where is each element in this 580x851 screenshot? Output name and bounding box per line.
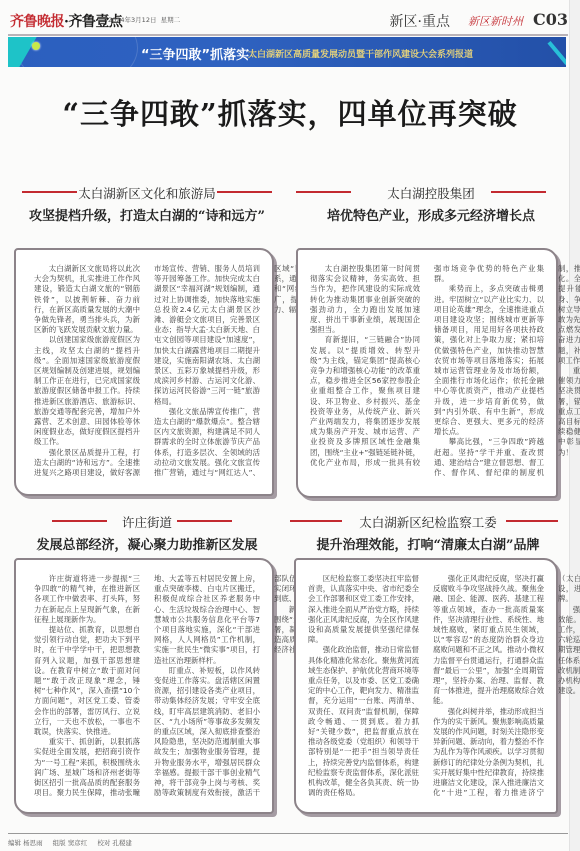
- paragraph: 强化正风肃纪反腐，坚决打赢反腐败斗争攻坚战持久战。聚焦金融、国企、能源、医药、基…: [433, 574, 544, 707]
- red-rule-left: [296, 191, 351, 193]
- section-name: 新区·重点: [390, 11, 450, 31]
- article-kicker: 许庄街道: [114, 513, 180, 531]
- article-kicker: 太白湖新区文化和旅游局: [70, 184, 224, 202]
- date-text: 2024年3月12日: [108, 16, 156, 24]
- page-credits: 编辑 杨思雨 组版 窦彦红 校对 孔稷建: [8, 838, 140, 847]
- red-rule-right: [177, 520, 232, 522]
- proofreader-credit: 校对 孔稷建: [97, 839, 132, 847]
- weekday-text: 星期二: [161, 16, 181, 24]
- footer-divider: [8, 833, 568, 834]
- section-signature: 新区新时州: [468, 13, 523, 29]
- paragraph: 重任在肩当笃行，信心在身催领力。太白湖控股集团将继续坚决贯彻党工委、管委会决策部…: [558, 366, 580, 458]
- paragraph: 强化政治监督，推动日常监督具体化精准化常态化。聚焦黄河流域生态保护、护航优化营商…: [308, 645, 419, 798]
- article-body: 太白湖新区文旅局将以此次大会为契机，扎实推进工作作风建设，锻造太白湖文旅的“钢筋…: [34, 264, 260, 482]
- article-subtitle: 提升治理效能，打响“清廉太白湖”品牌: [290, 534, 566, 553]
- paragraph: 提站位、抓教育，以思想自觉引领行动自觉，把功夫下到平时，在干中学学中干，把思想教…: [34, 625, 140, 737]
- paragraph: 许庄街道将进一步提振“三争四敢”的精气神，在推进新区各项工作中做表率、打头阵，努…: [34, 574, 140, 625]
- series-banner: “三争四敢”抓落实 太白湖新区高质量发展动员暨干部作风建设大会系列报道: [8, 37, 566, 67]
- paragraph: 太白湖新区文旅局将以此次大会为契机，扎实推进工作作风建设，锻造太白湖文旅的“钢筋…: [34, 264, 140, 335]
- red-rule-left: [290, 520, 342, 522]
- editor-credit: 编辑 杨思雨: [8, 839, 43, 847]
- paragraph: 乘势而上，多点突破击楫勇进。牢固树立“以产业比实力、以项目论英雄”理念，全速推进…: [434, 284, 544, 437]
- paragraph: 太白湖控股集团第一时间贯彻落实会议精神，务实高效、担当作为，把作风建设的实际成效…: [310, 264, 420, 335]
- issue-date: 2024年3月12日 星期二: [108, 15, 180, 24]
- paragraph: 以创建国家级旅游度假区为主线，攻坚太白湖的“提档升级”。全面加速国家级旅游度假区…: [34, 335, 140, 447]
- article-subtitle: 培优特色产业，形成多元经济增长点: [296, 205, 566, 224]
- article-subtitle: 攻坚提档升级，打造太白湖的“诗和远方”: [12, 205, 282, 224]
- article-box-holding-group: 太白湖控股集团第一时间贯彻落实会议精神，务实高效、担当作为，把作风建设的实际成效…: [296, 248, 558, 498]
- article-box-xuzhuang-street: 许庄街道将进一步提振“三争四敢”的精气神，在推进新区各项工作中做表率、打头阵，努…: [14, 558, 274, 814]
- banner-subtitle: 太白湖新区高质量发展动员暨干部作风建设大会系列报道: [248, 47, 473, 60]
- decorative-swoosh-right: [547, 41, 566, 65]
- article-header-discipline-commission: 太白湖新区纪检监察工委 提升治理效能，打响“清廉太白湖”品牌: [290, 512, 566, 553]
- masthead: 齐鲁晚报·齐鲁壹点 2024年3月12日 星期二 新区·重点 新区新时州 C03: [8, 8, 568, 30]
- article-body: 许庄街道将进一步提振“三争四敢”的精气神，在推进新区各项工作中做表率、打头阵，努…: [34, 574, 260, 800]
- article-body: 太白湖控股集团第一时间贯彻落实会议精神，务实高效、担当作为，把作风建设的实际成效…: [310, 264, 544, 484]
- paragraph: 区纪检监察工委坚决扛牢监督首责，认真落实中央、省市纪委全会工作部署和区党工委工作…: [308, 574, 419, 645]
- article-header-holding-group: 太白湖控股集团 培优特色产业，形成多元经济增长点: [296, 183, 566, 224]
- red-rule-left: [52, 520, 107, 522]
- article-header-xuzhuang-street: 许庄街道 发展总部经济，凝心聚力助推新区发展: [12, 512, 282, 553]
- red-rule-right: [217, 191, 272, 193]
- brand-name: 齐鲁晚报: [10, 14, 64, 30]
- banner-title: “三争四敢”抓落实: [141, 44, 249, 63]
- article-kicker: 太白湖控股集团: [379, 184, 483, 202]
- newspaper-logo: 齐鲁晚报·齐鲁壹点: [10, 11, 122, 31]
- article-header-culture-tourism: 太白湖新区文化和旅游局 攻坚提档升级，打造太白湖的“诗和远方”: [12, 183, 282, 224]
- layout-credit: 组版 窦彦红: [53, 839, 88, 847]
- red-rule-left: [22, 191, 77, 193]
- article-subtitle: 发展总部经济，凝心聚力助推新区发展: [12, 534, 282, 553]
- page-headline: “三争四敢”抓落实，四单位再突破: [0, 92, 580, 133]
- article-box-culture-tourism: 太白湖新区文旅局将以此次大会为契机，扎实推进工作作风建设，锻造太白湖文旅的“钢筋…: [14, 248, 274, 496]
- article-body: 区纪检监察工委坚决扛牢监督首责，认真落实中央、省市纪委全会工作部署和区党工委工作…: [308, 574, 544, 800]
- page-number: C03: [533, 10, 568, 29]
- red-rule-right: [491, 191, 546, 193]
- masthead-divider: [8, 34, 568, 36]
- article-kicker: 太白湖新区纪检监察工委: [351, 513, 505, 531]
- decorative-dot-icon: [32, 42, 40, 50]
- red-rule-right: [506, 520, 558, 522]
- article-box-discipline-commission: 区纪检监察工委坚决扛牢监督首责，认真落实中央、省市纪委全会工作部署和区党工委工作…: [294, 558, 558, 814]
- paragraph: 强化政治巡察，更好提升巡察效能。统筹部署2024年巡察重点工作，扎实开展区党工委…: [558, 605, 580, 697]
